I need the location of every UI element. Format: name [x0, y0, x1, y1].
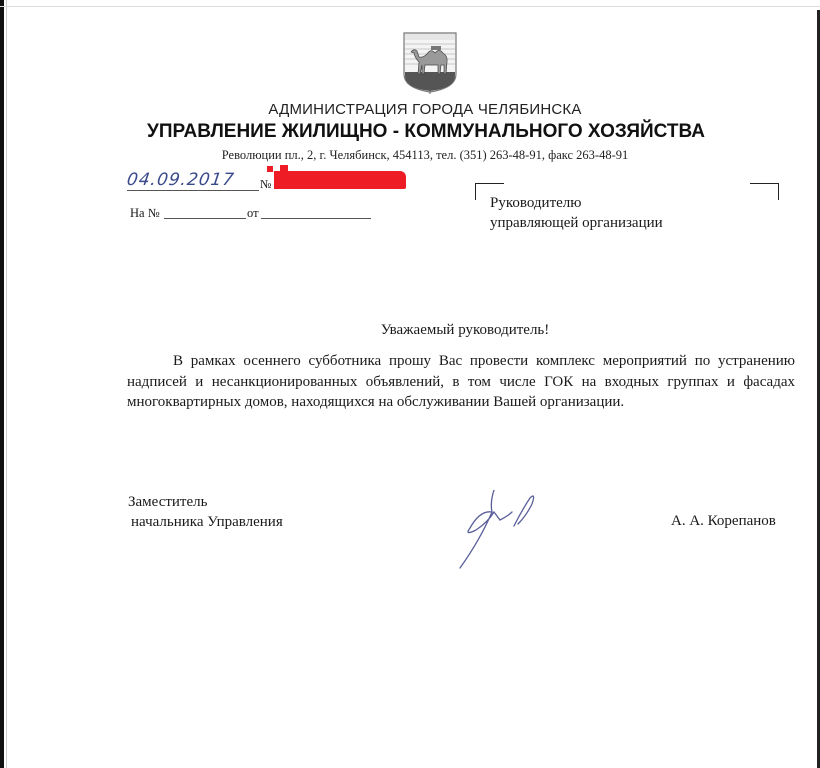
letter-greeting: Уважаемый руководитель!	[0, 322, 820, 339]
signatory-title: Заместитель начальника Управления	[128, 492, 283, 532]
recipient-line-1: Руководителю	[490, 193, 663, 213]
signatory-name: А. А. Корепанов	[671, 513, 776, 530]
administration-name: АДМИНИСТРАЦИЯ ГОРОДА ЧЕЛЯБИНСКА	[0, 101, 820, 118]
signatory-title-line-1: Заместитель	[128, 492, 283, 512]
number-label: №	[260, 177, 271, 192]
reply-date-blank	[261, 218, 371, 219]
handwritten-date: 04.09.2017	[126, 170, 236, 190]
redaction-mark	[267, 166, 273, 172]
recipient-block: Руководителю управляющей организации	[490, 193, 663, 233]
letter-body: В рамках осеннего субботника прошу Вас п…	[127, 351, 795, 413]
redacted-document-number	[274, 171, 406, 189]
signature-icon	[450, 490, 560, 570]
recipient-line-2: управляющей организации	[490, 213, 663, 233]
reply-to-label: На №	[130, 206, 160, 221]
coat-of-arms-icon	[401, 30, 459, 94]
signatory-title-line-2: начальника Управления	[128, 512, 283, 532]
date-underline	[127, 190, 259, 191]
department-name: УПРАВЛЕНИЕ ЖИЛИЩНО - КОММУНАЛЬНОГО ХОЗЯЙ…	[0, 121, 820, 143]
scan-edge-top	[0, 6, 820, 7]
department-address: Революции пл., 2, г. Челябинск, 454113, …	[0, 148, 820, 163]
reply-number-blank	[164, 218, 246, 219]
address-corner-right	[750, 183, 779, 200]
from-label: от	[247, 206, 259, 221]
